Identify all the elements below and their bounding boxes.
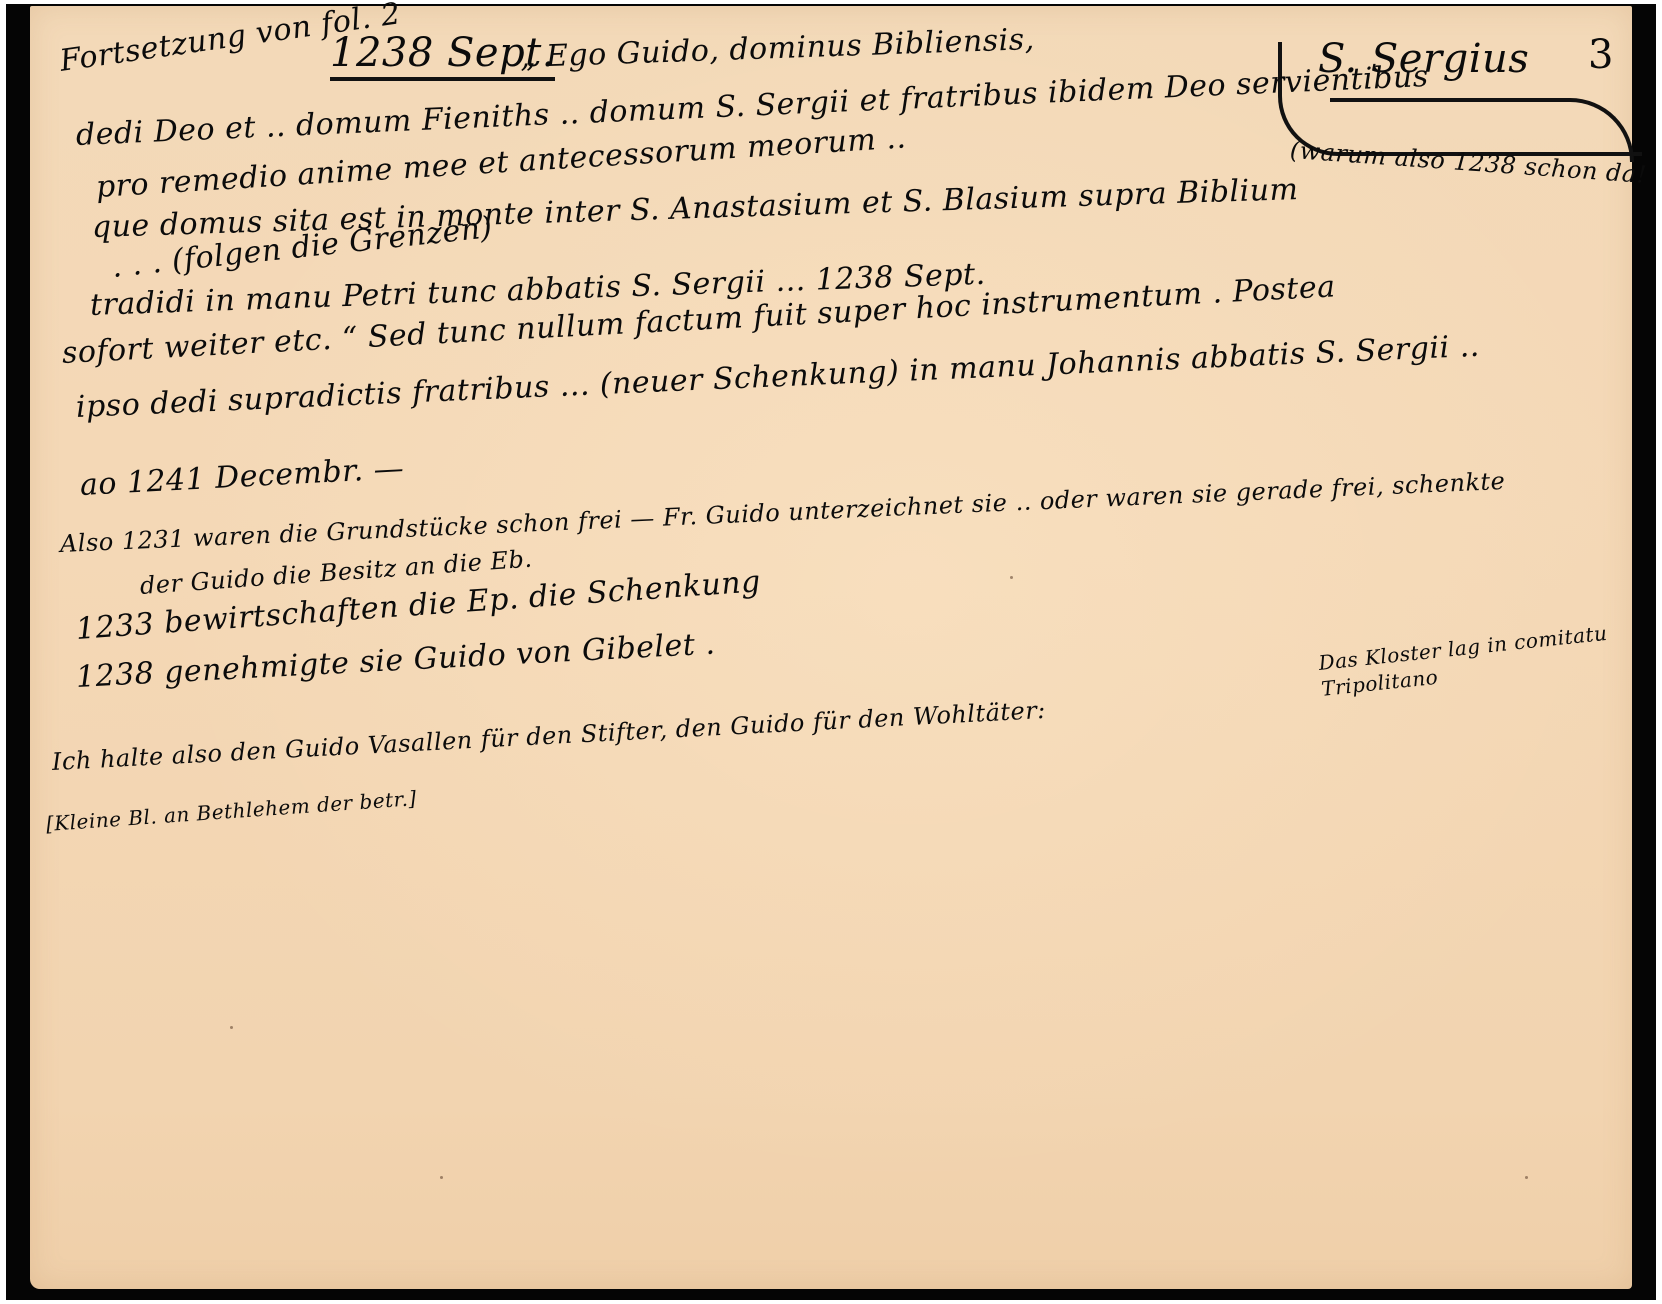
page-number: 3 bbox=[1588, 32, 1614, 78]
paper-speck bbox=[1525, 1176, 1528, 1179]
paper-speck bbox=[230, 1026, 233, 1029]
paper-speck bbox=[1010, 576, 1013, 579]
paper-speck bbox=[440, 1176, 443, 1179]
